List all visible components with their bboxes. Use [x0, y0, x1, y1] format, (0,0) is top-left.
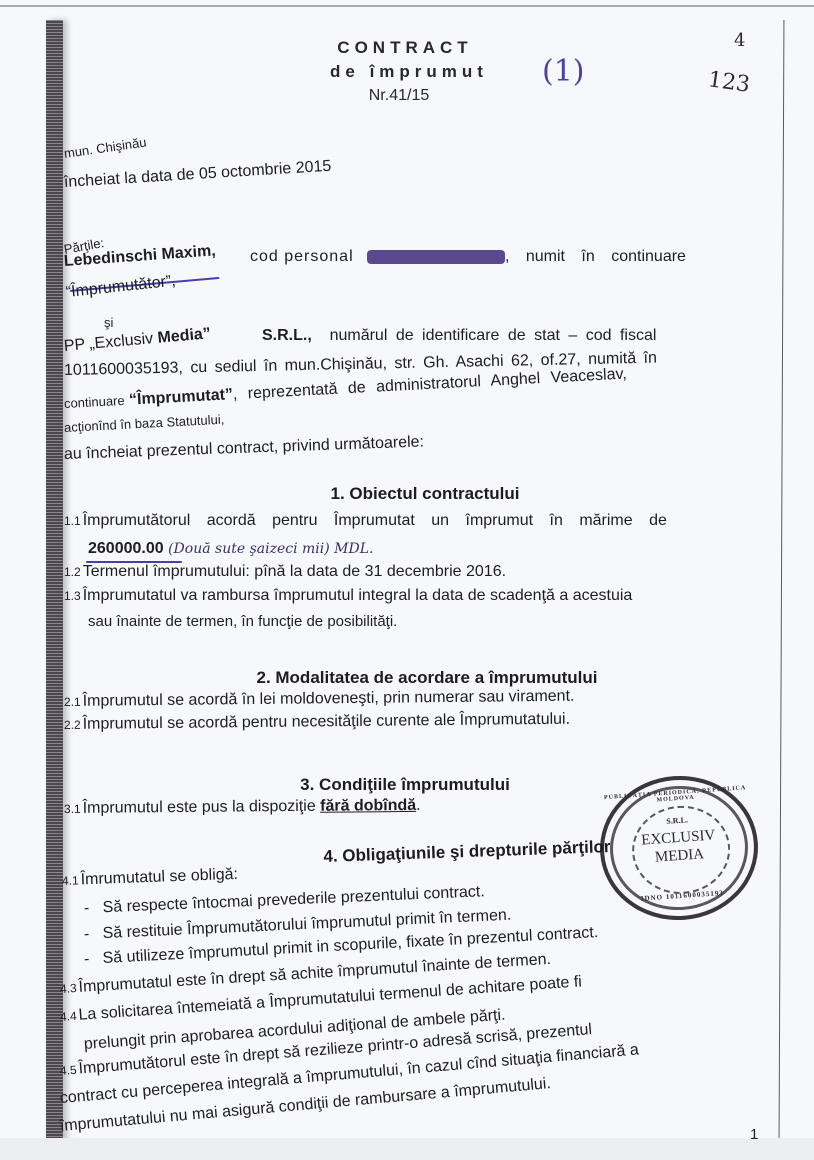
clause-1-1-amount: 260000.00 (Două sute şaizeci mii) MDL. [88, 540, 373, 558]
interest-free-emphasis: fără dobîndă [320, 797, 416, 815]
contract-number: Nr.41/15 [4, 87, 794, 105]
document-subtitle: de împrumut [14, 62, 804, 82]
clause-2-2: 2.2Împrumutul se acordă pentru necesităţ… [64, 711, 570, 734]
borrower-srl: S.R.L., [262, 327, 312, 344]
clause-text: Termenul împrumutului: pînă la data de 3… [83, 563, 506, 580]
clause-number: 4.3 [60, 981, 77, 996]
clause-1-3-cont: sau înainte de termen, în funcţie de pos… [88, 613, 397, 630]
clause-text: Împrumutul se acordă în lei moldoveneşti… [83, 688, 575, 710]
lender-alias: “Împrumutător”, [65, 273, 177, 302]
scan-right-edge [779, 20, 785, 1140]
borrower-line-4: acţionînd în baza Statutului, [64, 412, 225, 435]
section-1-title: 1. Obiectul contractului [18, 484, 814, 504]
and-word: şi [104, 315, 113, 330]
borrower-fiscal-label: numărul de identificare de stat – cod fi… [330, 327, 657, 344]
lender-code-label: cod personal [250, 248, 354, 265]
city: mun. Chişinău [63, 135, 147, 161]
conclusion-date: încheiat la data de 05 octombrie 2015 [63, 158, 331, 192]
clause-tail: . [416, 797, 421, 814]
bullet: - [84, 926, 90, 943]
clause-2-1: 2.1Împrumutul se acordă în lei moldovene… [64, 688, 575, 711]
clause-number: 4.4 [60, 1009, 78, 1024]
continuare-word: continuare [64, 393, 125, 411]
clause-number: 1.3 [64, 589, 81, 603]
clause-text: Împrumutatul va rambursa împrumutul inte… [83, 587, 633, 604]
scan-binding-shadow [46, 20, 63, 1148]
clause-number: 3.1 [64, 802, 81, 816]
clause-number: 4.5 [59, 1063, 77, 1078]
clause-text: Împrumutul se acordă pentru necesităţile… [83, 711, 571, 733]
lender-code-line: cod personal , numit în continuare [250, 248, 686, 266]
borrower-prefix: PP „Exclusiv [63, 330, 154, 355]
clause-text: Împrumutul este pus la dispoziţie [83, 798, 316, 817]
bullet: - [84, 951, 90, 968]
clause-text: Împrumutătorul acordă pentru Împrumutat … [83, 512, 667, 529]
bullet: - [84, 900, 90, 917]
redacted-personal-code [367, 250, 505, 264]
handwritten-circled-number: (1) [542, 54, 585, 89]
scan-top-edge [0, 5, 814, 7]
clause-1-3: 1.3Împrumutatul va rambursa împrumutul i… [64, 587, 632, 605]
clause-1-1: 1.1Împrumutătorul acordă pentru Împrumut… [64, 512, 667, 530]
borrower-line-1b: S.R.L., numărul de identificare de stat … [262, 327, 656, 345]
handwritten-corner-mark: 4 [734, 30, 745, 51]
borrower-line-5: au încheiat prezentul contract, privind … [64, 433, 425, 464]
borrower-alias: “Împrumutat” [129, 386, 234, 408]
document-title: CONTRACT [10, 38, 800, 58]
loan-amount: 260000.00 [88, 540, 164, 557]
clause-1-2: 1.2Termenul împrumutului: pînă la data d… [64, 563, 506, 581]
clause-number: 1.1 [64, 514, 81, 528]
borrower-line-1: PP „Exclusiv Media” [63, 325, 211, 356]
clause-number: 2.2 [64, 718, 81, 732]
section-2-title: 2. Modalitatea de acordare a împrumutulu… [20, 668, 814, 688]
scan-bottom-edge [0, 1138, 814, 1160]
lender-tail: , numit în continuare [505, 248, 686, 265]
page-number: 1 [750, 1126, 758, 1143]
borrower-name: Media” [157, 325, 212, 347]
clause-3-1: 3.1Împrumutul este pus la dispoziţie făr… [64, 797, 421, 818]
clause-number: 2.1 [64, 695, 81, 709]
handwritten-amount-words: (Două sute şaizeci mii) MDL. [168, 541, 373, 557]
clause-number: 4.1 [62, 873, 79, 888]
clause-number: 1.2 [64, 565, 81, 579]
